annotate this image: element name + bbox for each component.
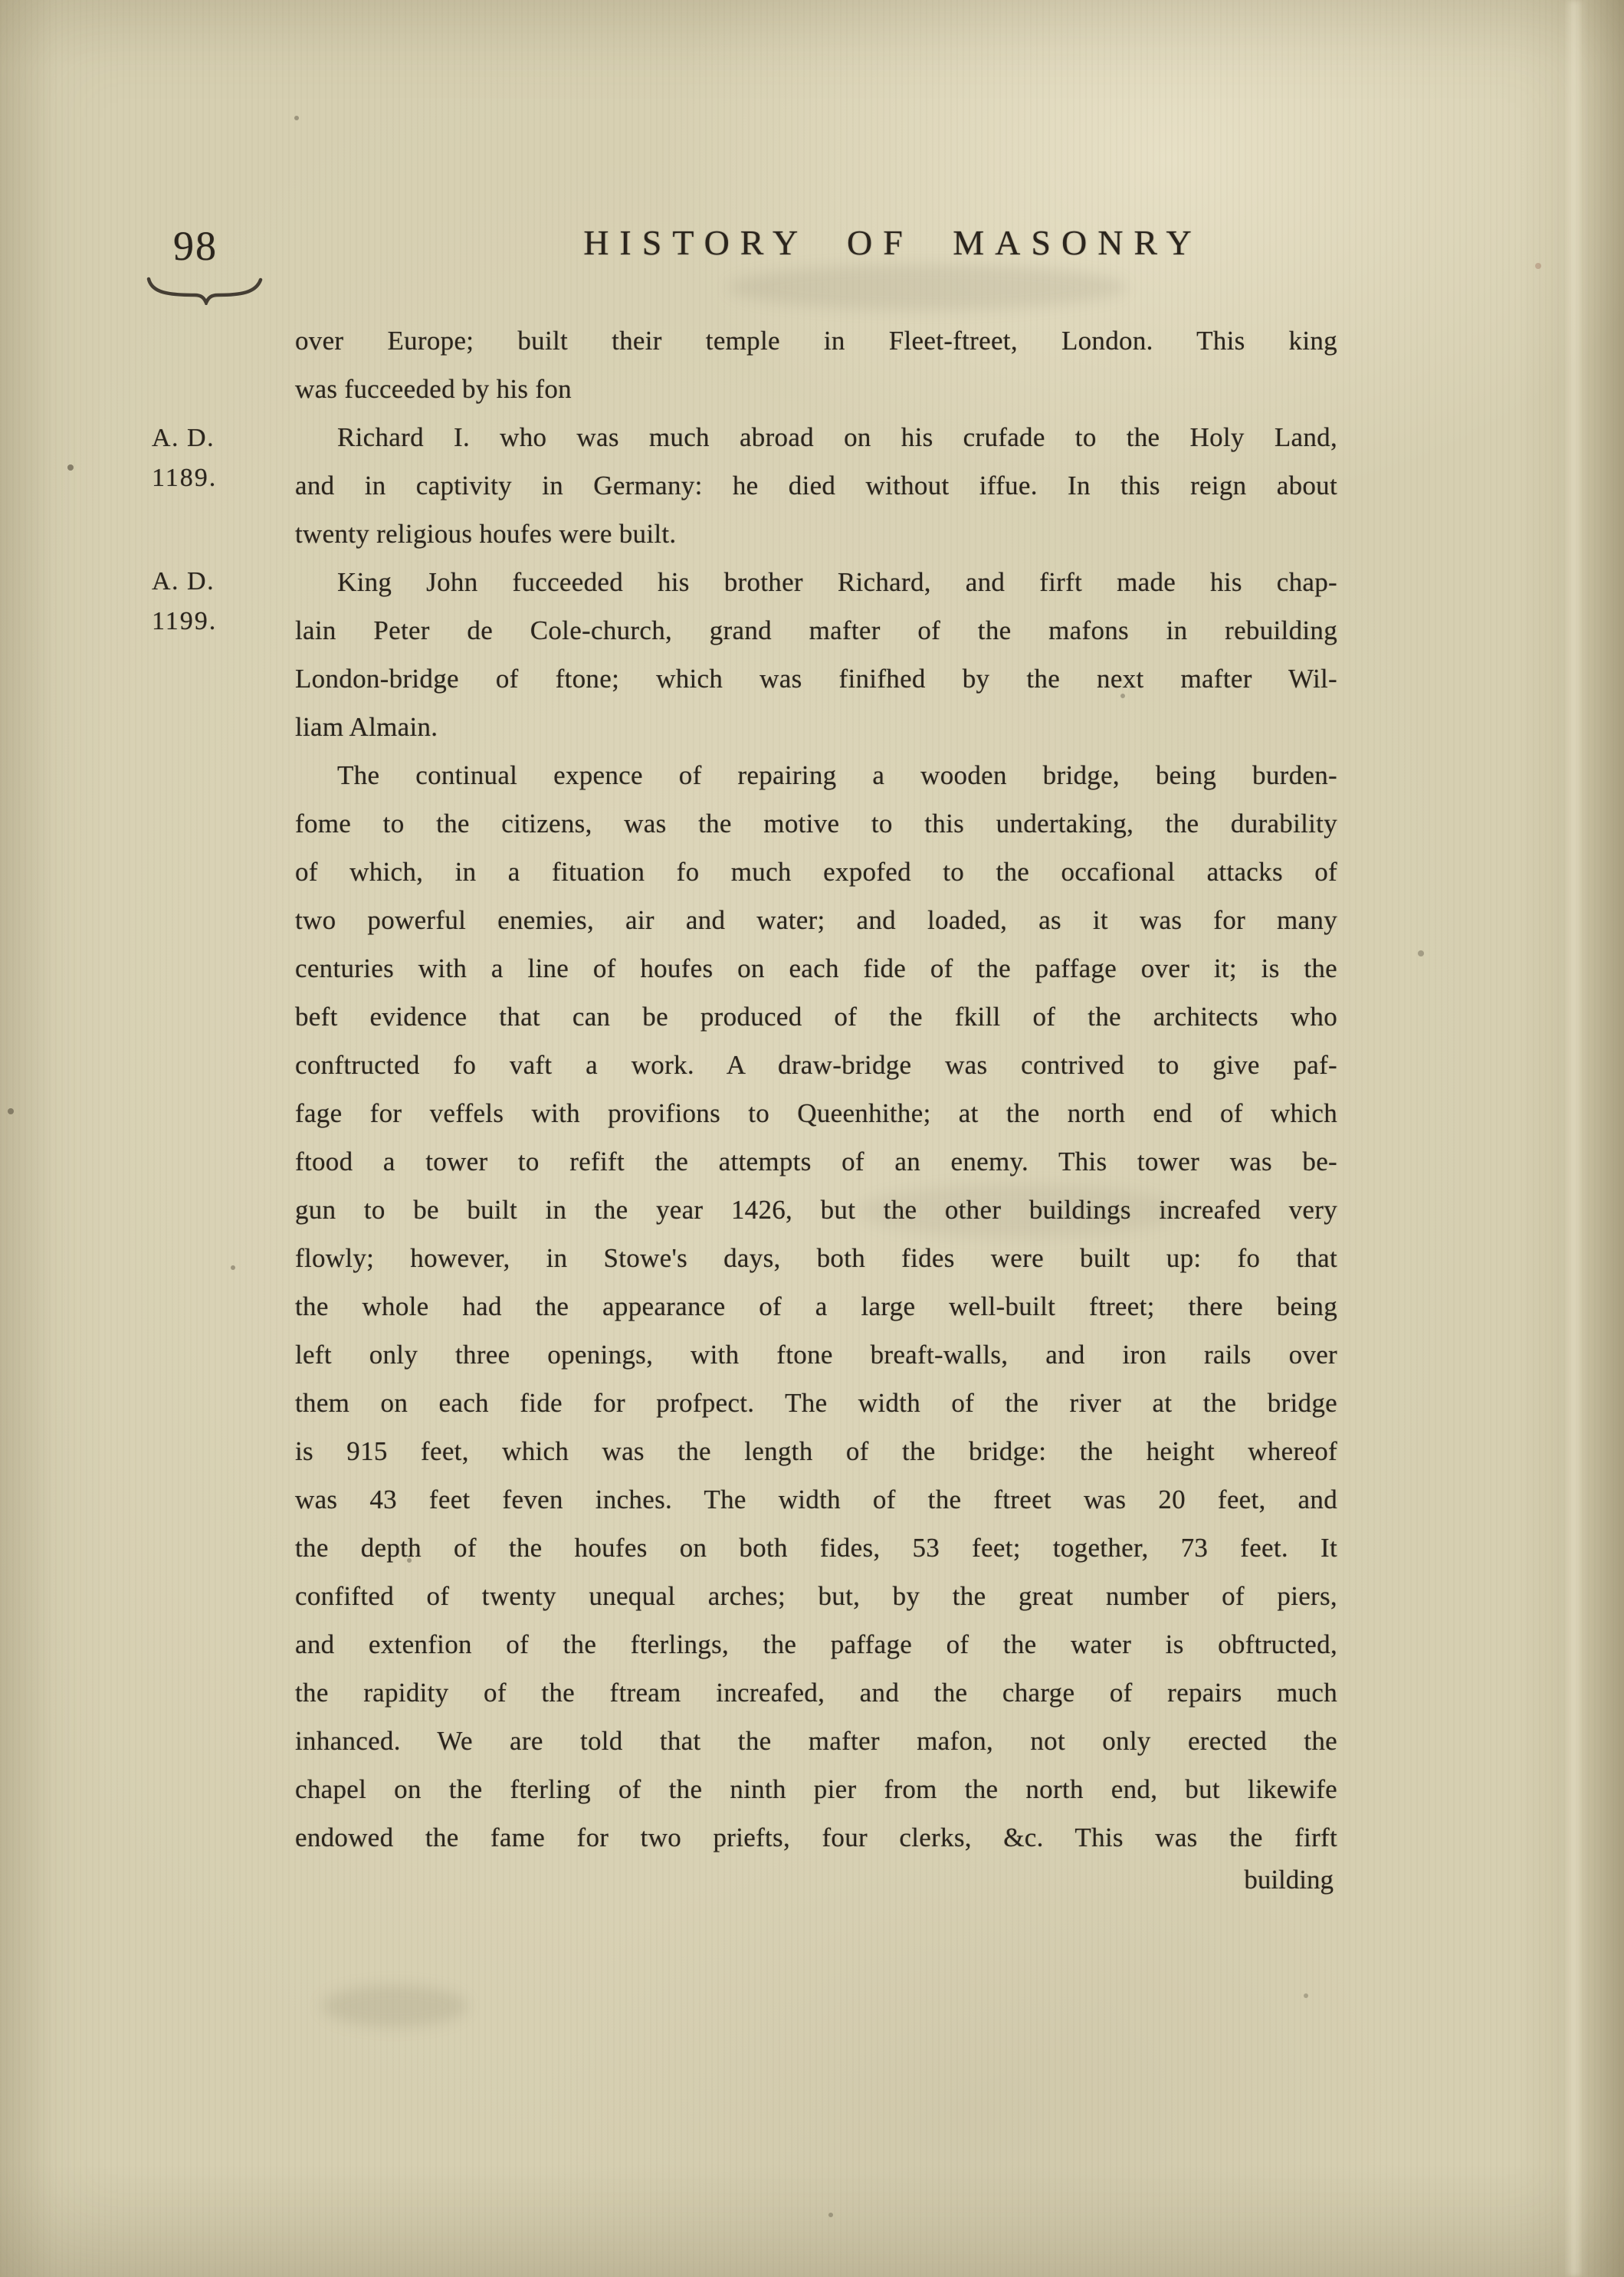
underbrace-ornament: [144, 276, 265, 305]
text-line: was 43 feet feven inches. The width of t…: [295, 1475, 1337, 1524]
text-line: King John fucceeded his brother Richard,…: [295, 558, 1337, 606]
text-line: beft evidence that can be produced of th…: [295, 992, 1337, 1041]
text-line: the whole had the appearance of a large …: [295, 1282, 1337, 1330]
text-line: fome to the citizens, was the motive to …: [295, 799, 1337, 848]
text-line: conftructed fo vaft a work. A draw-bridg…: [295, 1041, 1337, 1089]
body-text-column: over Europe; built their temple in Fleet…: [295, 317, 1337, 1862]
margin-note-label: A. D.: [152, 418, 282, 458]
paper-specks: [0, 0, 3, 3]
text-line: confifted of twenty unequal arches; but,…: [295, 1572, 1337, 1620]
text-line: liam Almain.: [295, 703, 1337, 751]
text-line: them on each fide for profpect. The widt…: [295, 1379, 1337, 1427]
text-line: was fucceeded by his fon: [295, 365, 1337, 413]
catchword: building: [295, 1865, 1334, 1895]
text-line: left only three openings, with ftone bre…: [295, 1330, 1337, 1379]
text-line: of which, in a fituation fo much expofed…: [295, 848, 1337, 896]
text-line: inhanced. We are told that the mafter ma…: [295, 1717, 1337, 1765]
text-line: gun to be built in the year 1426, but th…: [295, 1186, 1337, 1234]
text-line: and extenfion of the fterlings, the paff…: [295, 1620, 1337, 1668]
text-line: flowly; however, in Stowe's days, both f…: [295, 1234, 1337, 1282]
text-line: the rapidity of the ftream increafed, an…: [295, 1668, 1337, 1717]
margin-note-1199: A. D. 1199.: [152, 562, 282, 641]
text-line: is 915 feet, which was the length of the…: [295, 1427, 1337, 1475]
text-line: twenty religious houfes were built.: [295, 510, 1337, 558]
page-edge-highlight: [1564, 0, 1584, 2277]
text-line: Richard I. who was much abroad on his cr…: [295, 413, 1337, 461]
text-line: ftood a tower to refift the attempts of …: [295, 1137, 1337, 1186]
text-line: centuries with a line of houfes on each …: [295, 944, 1337, 992]
text-line: two powerful enemies, air and water; and…: [295, 896, 1337, 944]
text-line: over Europe; built their temple in Fleet…: [295, 317, 1337, 365]
margin-note-year: 1189.: [152, 458, 282, 498]
text-line: and in captivity in Germany: he died wit…: [295, 461, 1337, 510]
text-line: endowed the fame for two priefts, four c…: [295, 1813, 1337, 1862]
margin-note-1189: A. D. 1189.: [152, 418, 282, 498]
margin-note-year: 1199.: [152, 602, 282, 641]
text-line: The continual expence of repairing a woo…: [295, 751, 1337, 799]
margin-note-label: A. D.: [152, 562, 282, 602]
text-line: lain Peter de Cole-church, grand mafter …: [295, 606, 1337, 655]
text-line: chapel on the fterling of the ninth pier…: [295, 1765, 1337, 1813]
text-line: London-bridge of ftone; which was finifh…: [295, 655, 1337, 703]
page-number: 98: [173, 222, 218, 270]
text-line: fage for veffels with provifions to Quee…: [295, 1089, 1337, 1137]
text-line: the depth of the houfes on both fides, 5…: [295, 1524, 1337, 1572]
running-header: HISTORY OF MASONRY: [529, 222, 1257, 263]
